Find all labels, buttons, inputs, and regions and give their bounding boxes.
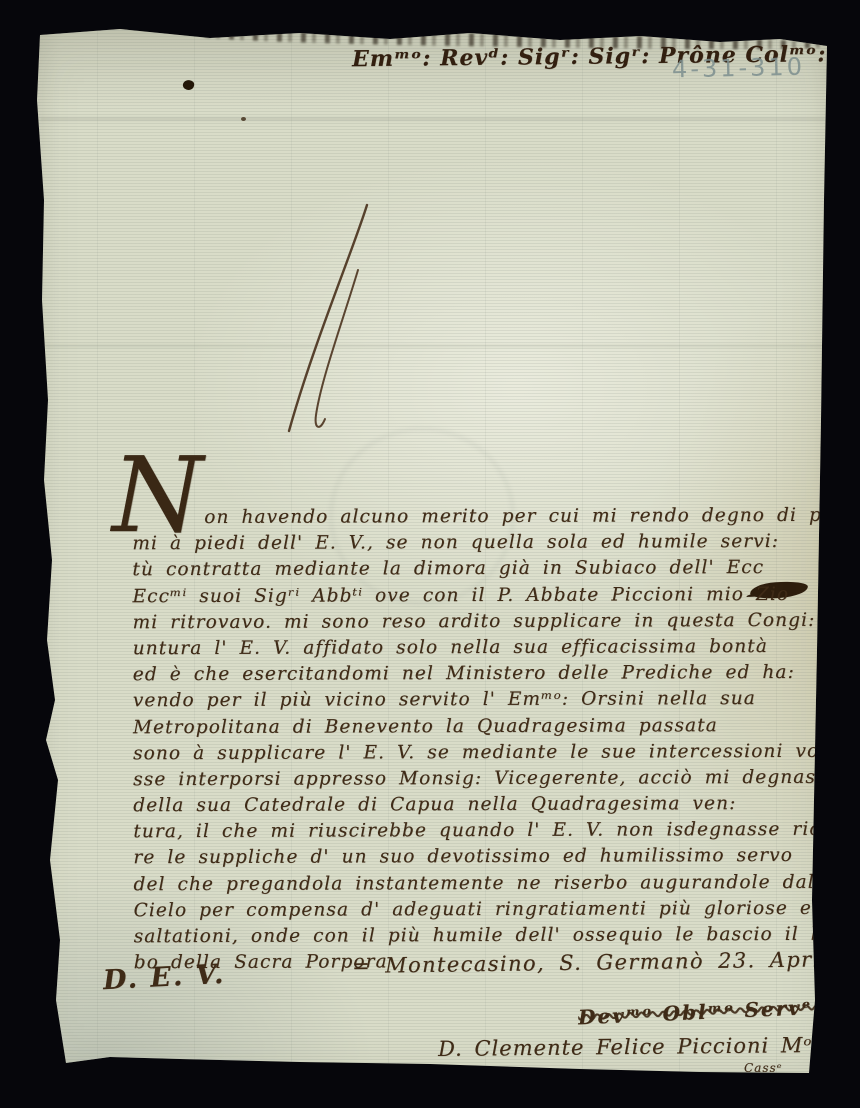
manuscript-photograph: Emᵐᵒ: Revᵈ: Sigʳ: Sigʳ: Prône Colᵐᵒ: 4-3… (0, 0, 860, 1108)
paper-vignette (0, 0, 860, 1108)
letter-page: Emᵐᵒ: Revᵈ: Sigʳ: Sigʳ: Prône Colᵐᵒ: 4-3… (0, 0, 860, 1108)
